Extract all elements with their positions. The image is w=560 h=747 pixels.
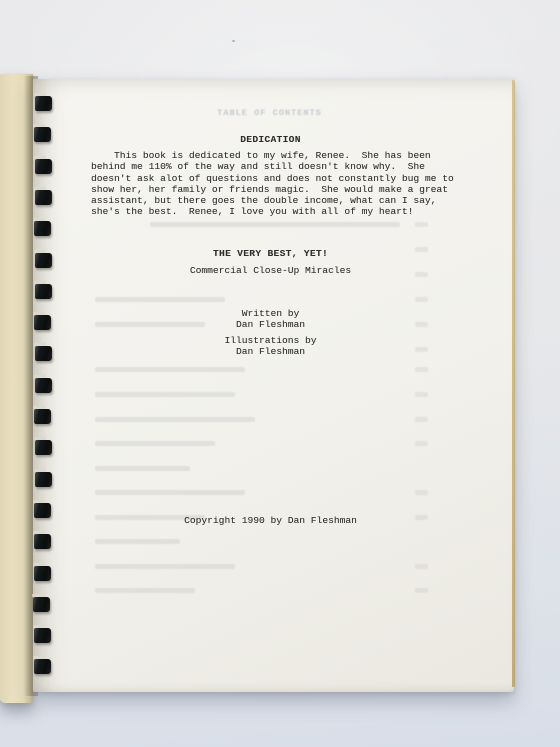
show-through-line	[95, 367, 245, 372]
binding-tooth	[34, 566, 51, 581]
show-through-page-number	[415, 392, 428, 397]
show-through-line	[95, 297, 225, 302]
illustrations-by-block: Illustrations by Dan Fleshman	[73, 335, 468, 358]
written-by-label: Written by	[73, 308, 468, 319]
illustrator-name: Dan Fleshman	[73, 346, 468, 357]
binding-tooth	[35, 96, 52, 111]
show-through-line	[95, 466, 190, 471]
binding-tooth	[35, 440, 52, 455]
binding-tooth	[35, 284, 52, 299]
dedication-paragraph: This book is dedicated to my wife, Renee…	[91, 150, 454, 218]
show-through-line	[95, 441, 215, 446]
binding-tooth	[35, 346, 52, 361]
binding-tooth	[35, 378, 52, 393]
show-through-page-number	[415, 564, 428, 569]
binding-tooth	[35, 253, 52, 268]
copyright-line: Copyright 1990 by Dan Fleshman	[73, 515, 468, 526]
show-through-page-number	[415, 222, 428, 227]
binding-tooth	[35, 190, 52, 205]
binding-tooth	[34, 534, 51, 549]
book-subtitle: Commercial Close-Up Miracles	[73, 265, 468, 276]
binding-tooth	[33, 597, 50, 612]
show-through-page-number	[415, 297, 428, 302]
binding-tooth	[34, 409, 51, 424]
show-through-page-number	[415, 441, 428, 446]
binding-tooth	[34, 221, 51, 236]
author-name: Dan Fleshman	[73, 319, 468, 330]
binding-tooth	[35, 472, 52, 487]
comb-binding	[0, 0, 60, 747]
binding-tooth	[34, 659, 51, 674]
show-through-page-number	[415, 367, 428, 372]
binding-tooth	[34, 628, 51, 643]
dedication-page: TABLE OF CONTENTS DEDICATION This book i…	[33, 79, 514, 692]
show-through-page-number	[415, 417, 428, 422]
binding-tooth	[34, 503, 51, 518]
show-through-line	[95, 490, 245, 495]
show-through-toc-heading: TABLE OF CONTENTS	[33, 108, 506, 118]
written-by-block: Written by Dan Fleshman	[73, 308, 468, 331]
book-title: THE VERY BEST, YET!	[73, 248, 468, 259]
dust-speck	[232, 40, 235, 42]
show-through-line	[95, 564, 235, 569]
show-through-page-number	[415, 490, 428, 495]
book-photo: TABLE OF CONTENTS DEDICATION This book i…	[0, 0, 560, 747]
binding-tooth	[35, 159, 52, 174]
illustrations-label: Illustrations by	[73, 335, 468, 346]
show-through-line	[150, 222, 400, 227]
binding-tooth	[34, 127, 51, 142]
show-through-page-number	[415, 588, 428, 593]
show-through-line	[95, 539, 180, 544]
show-through-line	[95, 392, 235, 397]
show-through-line	[95, 588, 195, 593]
show-through-line	[95, 417, 255, 422]
binding-tooth	[34, 315, 51, 330]
dedication-heading: DEDICATION	[73, 134, 468, 145]
